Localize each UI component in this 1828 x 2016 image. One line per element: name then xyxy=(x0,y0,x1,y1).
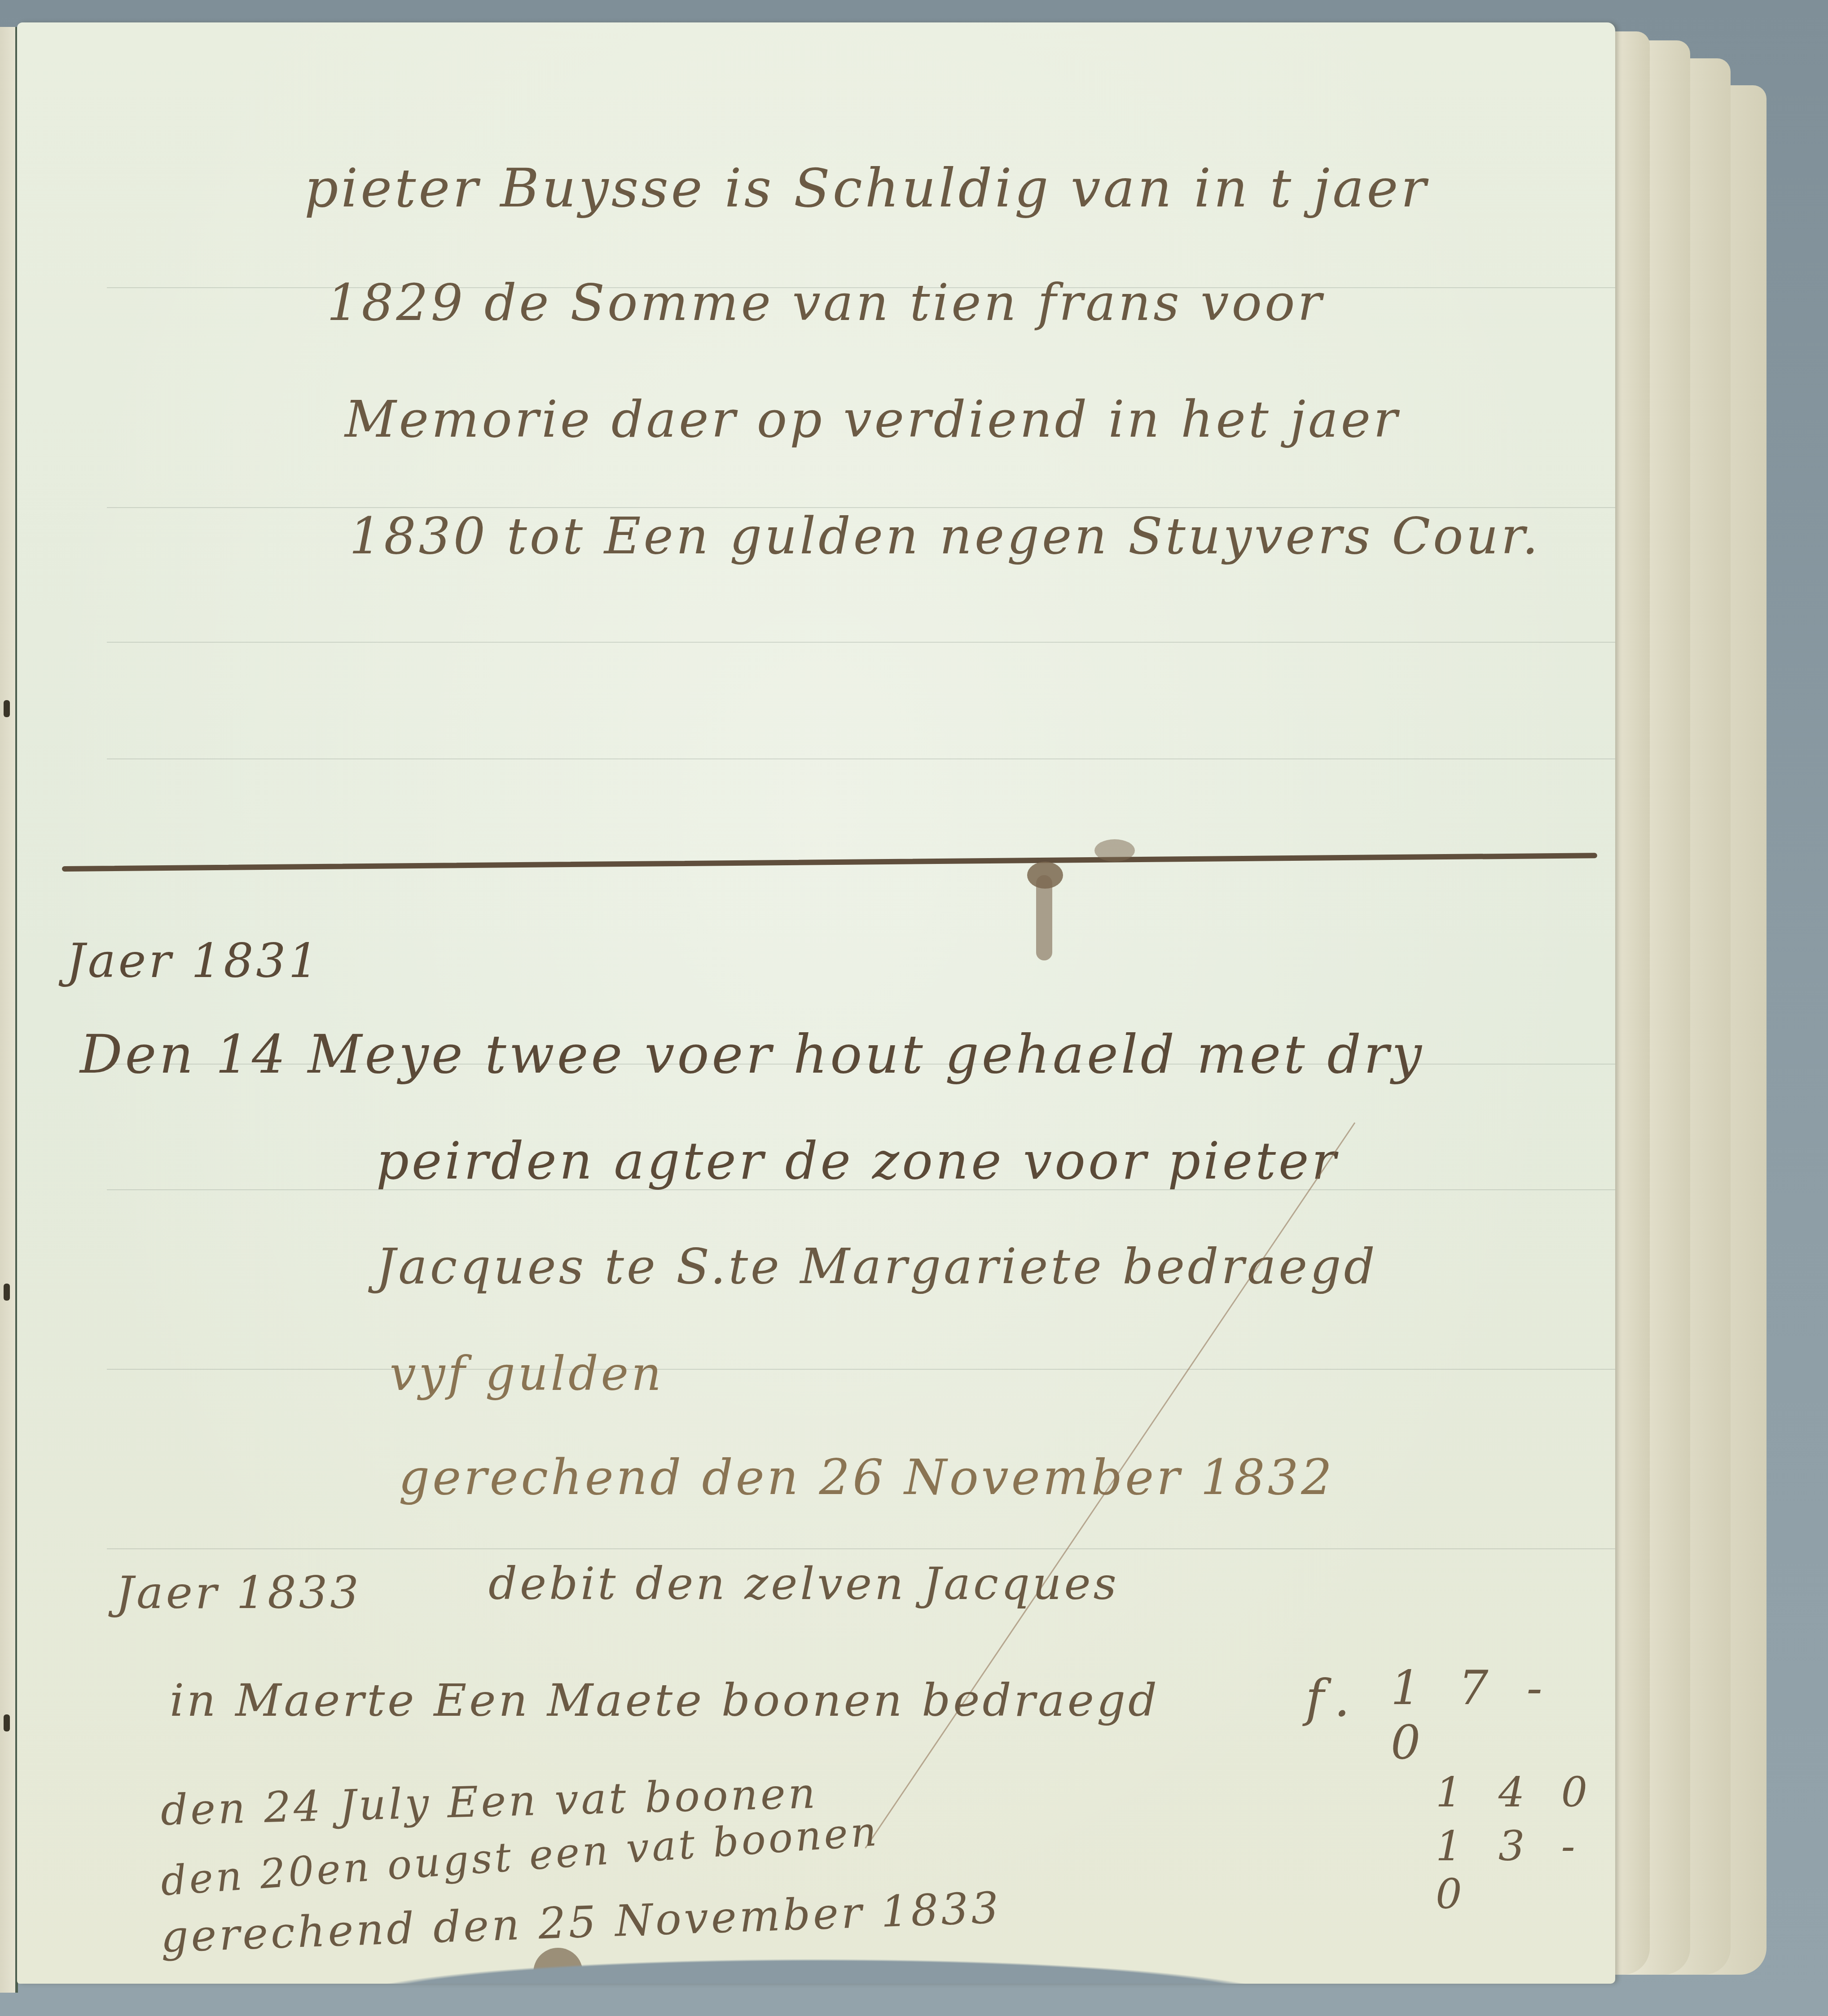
facing-page-edge xyxy=(0,27,18,1993)
ink-drip xyxy=(1036,875,1052,960)
entry-line: Jacques te S.te Margariete bedraegd xyxy=(376,1239,1378,1295)
ink-stain xyxy=(533,1948,583,1984)
debit-title: debit den zelven Jacques xyxy=(488,1557,1119,1610)
rule-line xyxy=(107,1548,1615,1549)
section-divider xyxy=(62,853,1597,872)
item-line: in Maerte Een Maete boonen bedraegd xyxy=(170,1674,1160,1727)
currency-symbol: f. xyxy=(1305,1670,1362,1728)
ink-splash xyxy=(1094,839,1135,862)
year-heading: Jaer 1833 xyxy=(116,1566,361,1619)
entry-line: peirden agter de zone voor pieter xyxy=(376,1131,1339,1191)
entry-line: pieter Buysse is Schuldig van in t jaer xyxy=(304,157,1429,219)
binding-stitch xyxy=(4,1714,10,1731)
rule-line xyxy=(107,758,1615,759)
settlement-line: gerechend den 26 November 1832 xyxy=(399,1450,1335,1506)
entry-line: Memorie daer op verdiend in het jaer xyxy=(345,390,1400,449)
rule-line xyxy=(107,642,1615,643)
item-amount: 1 3 - 0 xyxy=(1436,1822,1615,1918)
entry-line: 1829 de Somme van tien frans voor xyxy=(327,274,1324,332)
year-heading: Jaer 1831 xyxy=(66,933,321,988)
entry-line: vyf gulden xyxy=(390,1346,664,1401)
binding-stitch xyxy=(4,700,10,717)
binding-stitch xyxy=(4,1284,10,1301)
item-amount: 1 7 - 0 xyxy=(1391,1661,1615,1770)
ledger-page: pieter Buysse is Schuldig van in t jaer … xyxy=(17,22,1615,1984)
item-amount: 1 4 0 xyxy=(1436,1768,1599,1816)
rule-line xyxy=(107,1369,1615,1370)
entry-line: 1830 tot Een gulden negen Stuyvers Cour. xyxy=(349,507,1541,565)
entry-line: Den 14 Meye twee voer hout gehaeld met d… xyxy=(80,1023,1424,1085)
